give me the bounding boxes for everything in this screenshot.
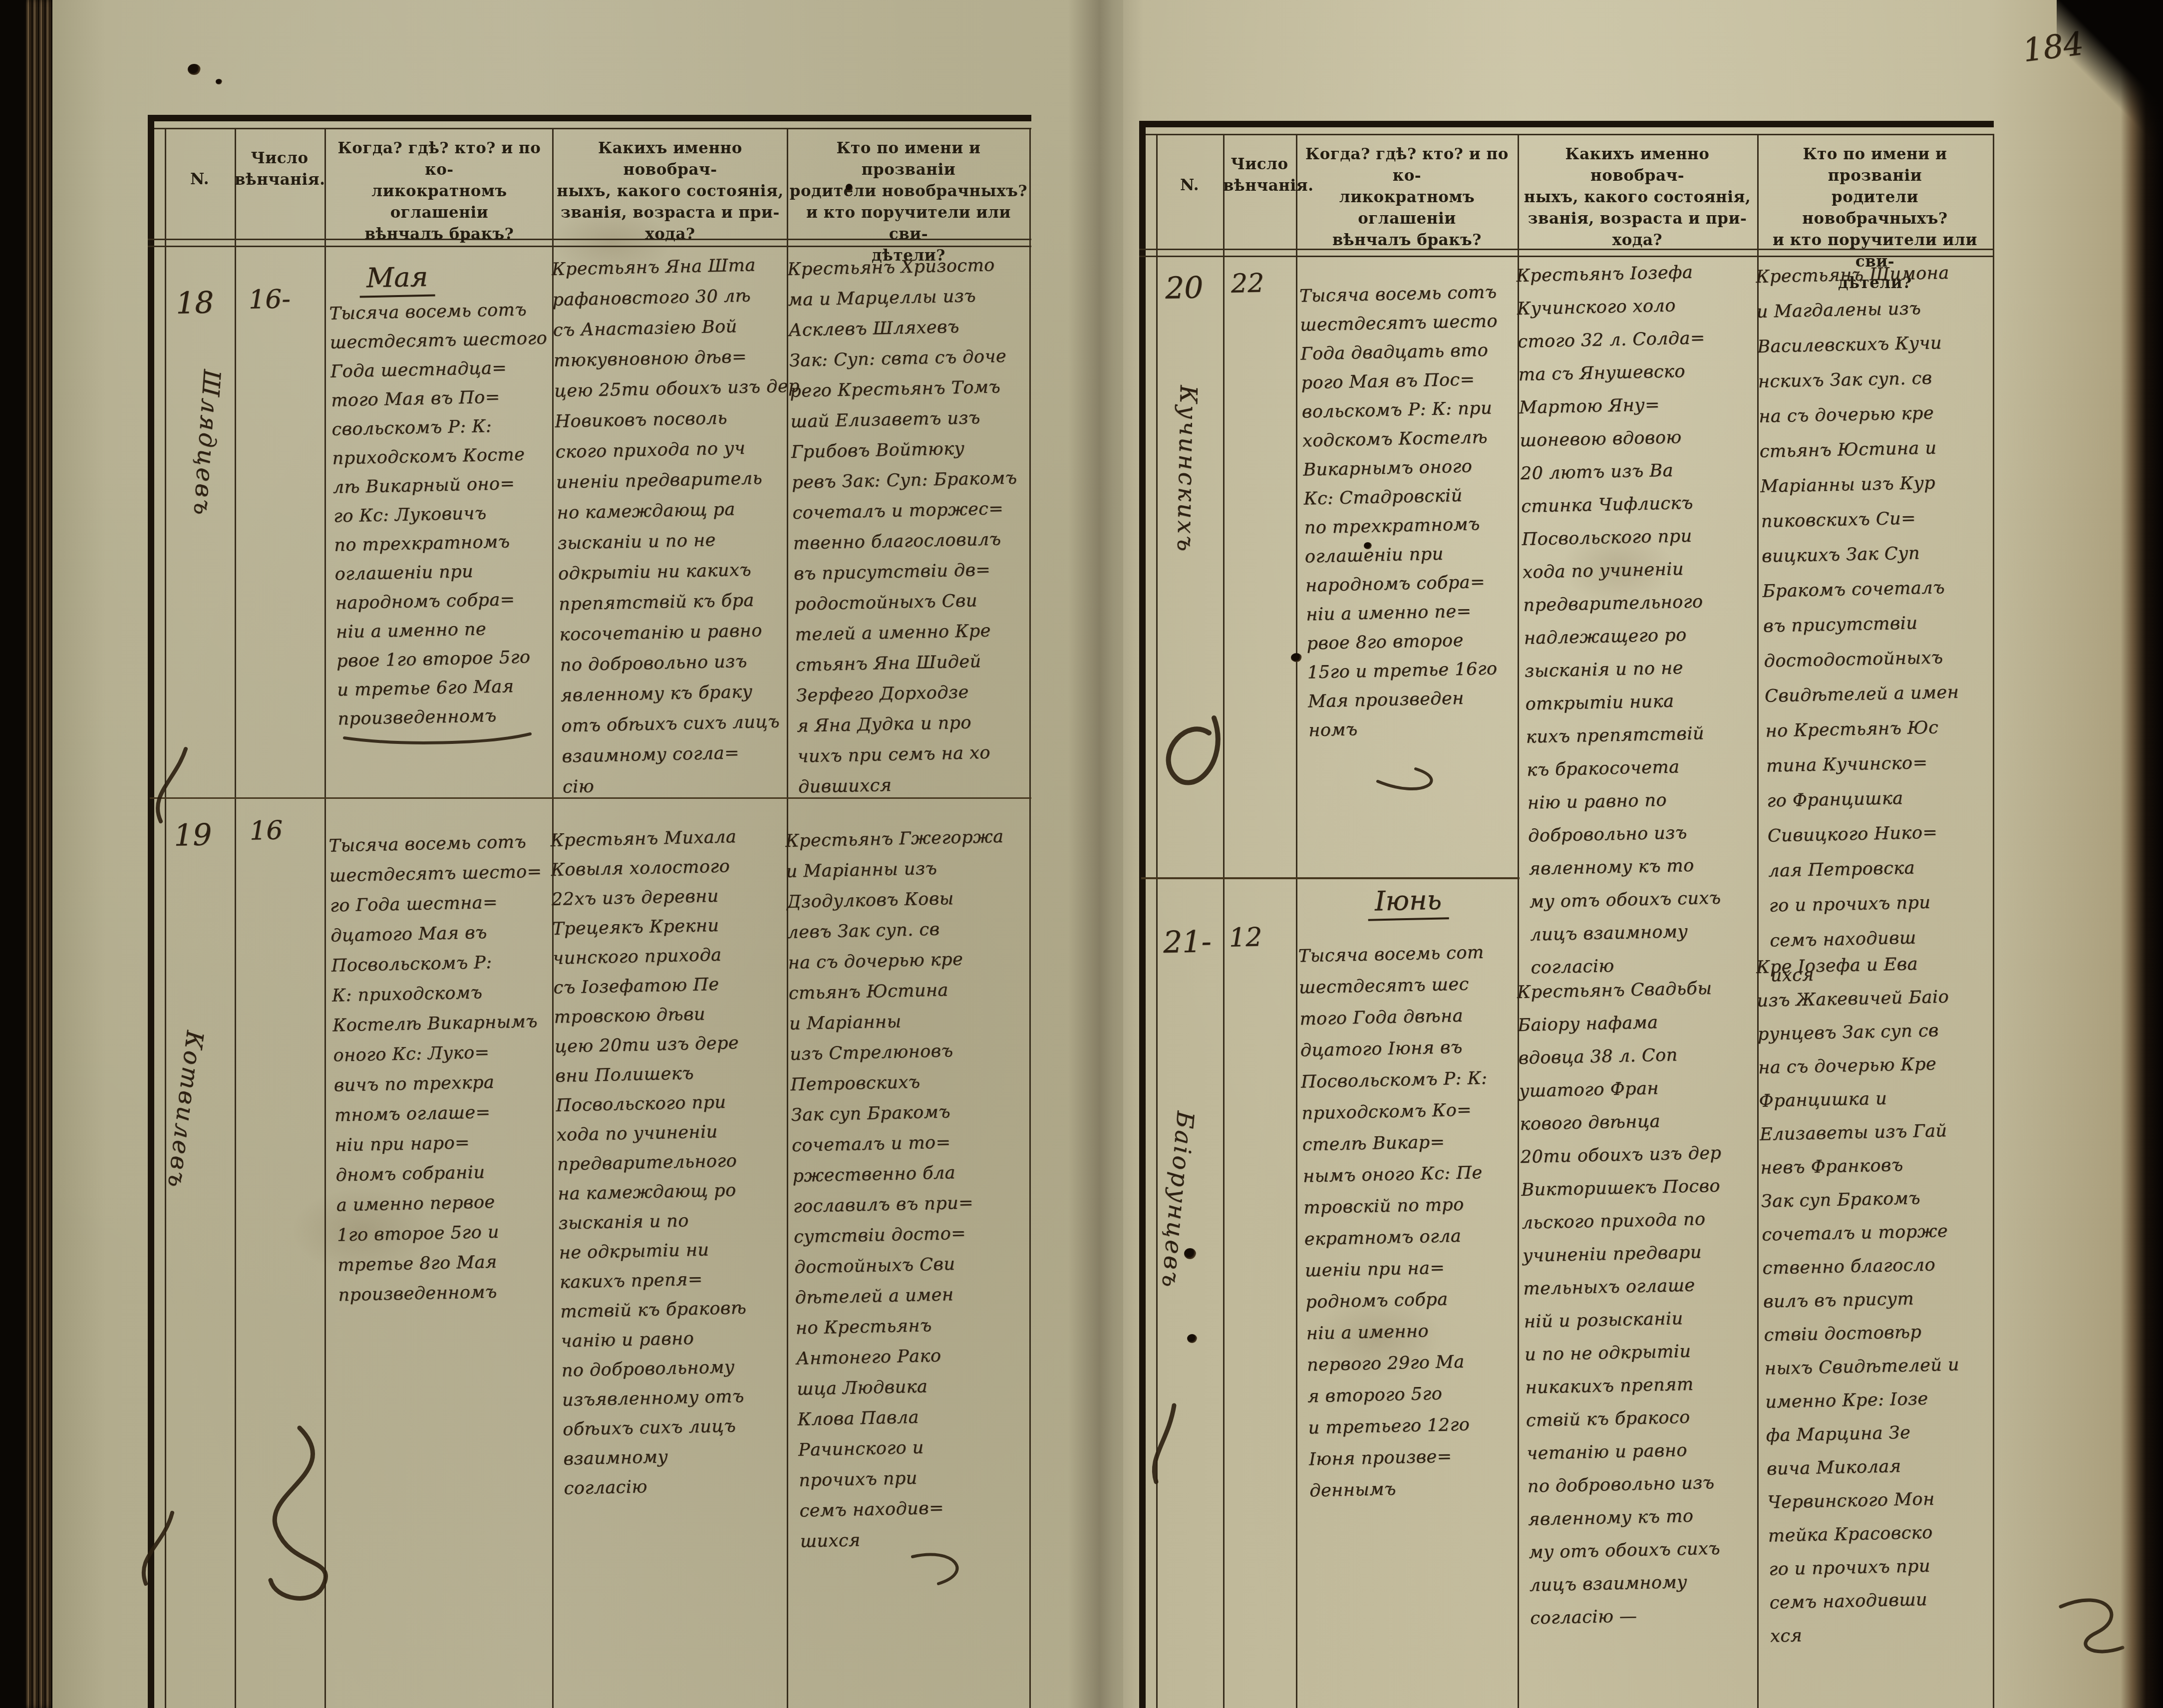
ink-spot: [1291, 653, 1302, 662]
text-line: съ Іозефатою Пе: [553, 969, 782, 1003]
text-line: изъ Жакевичей Баіо: [1757, 980, 1985, 1018]
text-line: дившихся: [798, 767, 1033, 803]
text-line: ніи при наро=: [335, 1126, 555, 1160]
text-line: шихся: [800, 1522, 1035, 1557]
text-line: стьянъ Яна Шидей: [795, 646, 1030, 681]
text-line: Баіору нафама: [1518, 1004, 1749, 1042]
text-line: именно Кре: Іозе: [1765, 1381, 1993, 1419]
text-line: Василевскихъ Кучи: [1757, 325, 1985, 364]
month-heading: Мая: [359, 261, 435, 298]
text-line: сію: [562, 767, 791, 803]
text-line: Маріанны изъ Кур: [1760, 464, 1988, 504]
text-line: шестдесятъ шесто: [1300, 307, 1515, 340]
text-line: левъ Зак суп. св: [787, 913, 1022, 948]
text-line: надлежащего ро: [1524, 617, 1755, 655]
text-line: учиненіи предвари: [1522, 1235, 1753, 1273]
text-line: вѣнчалъ бракъ?: [327, 224, 552, 245]
text-line: Крестьянъ Гжегоржа: [785, 821, 1020, 857]
text-line: хся: [1770, 1615, 1998, 1654]
wedding-day: 22: [1231, 268, 1264, 299]
text-line: вицкихъ Зак Суп: [1761, 534, 1989, 574]
text-line: Какихъ именно новобрач-: [1520, 144, 1755, 187]
text-line: шца Людвика: [797, 1369, 1032, 1405]
text-line: Рачинского и: [798, 1430, 1033, 1466]
text-line: народномъ собра=: [1305, 567, 1520, 600]
text-line: N.: [165, 169, 235, 190]
text-line: Викарнымъ оного: [1303, 451, 1518, 485]
text-line: сутствіи досто=: [793, 1217, 1028, 1253]
text-line: тномъ оглаше=: [334, 1096, 554, 1130]
text-line: иненіи предваритель: [556, 463, 785, 498]
text-line: сочеталъ и торжес=: [792, 493, 1027, 529]
text-line: явленному къ то: [1529, 848, 1760, 886]
text-line: Крестьянъ Іозефа: [1516, 255, 1747, 293]
text-line: изъявленному отъ: [562, 1381, 791, 1415]
column-header-when: Когда? гдѣ? кто? и по ко-ликократномъ ог…: [1298, 144, 1516, 251]
text-line: ствіи достовѣр: [1764, 1314, 1992, 1353]
text-line: вольскомъ Р: К: при: [1301, 393, 1517, 427]
text-line: Посвольскомъ Р:: [331, 946, 551, 981]
text-line: шай Елизаветъ изъ: [790, 402, 1025, 437]
text-line: и третье 6го Мая: [337, 671, 557, 704]
text-line: Тысяча восемь сот: [1298, 937, 1513, 973]
text-line: косочетанію и равно: [559, 615, 788, 651]
text-line: Трецеякъ Крекни: [552, 910, 781, 944]
text-line: вѣнчалъ бракъ?: [1298, 230, 1516, 251]
wedding-day: 12: [1229, 922, 1262, 953]
ink-spot: [1364, 542, 1372, 549]
text-line: Зерфего Дорходзе: [796, 676, 1031, 711]
text-line: твенно благословилъ: [793, 524, 1028, 559]
text-line: нскихъ Зак суп. св: [1758, 359, 1986, 399]
text-line: но Крестьянъ Юс: [1765, 709, 1993, 749]
text-line: съ Анастазіею Вой: [553, 311, 782, 346]
text-line: родостойныхъ Сви: [794, 585, 1029, 620]
text-line: дцатого Мая въ: [330, 916, 551, 951]
text-line: вича Миколая: [1766, 1448, 1994, 1486]
text-line: прочихъ при: [799, 1461, 1034, 1496]
text-line: чинского прихода: [553, 939, 782, 974]
text-line: на съ дочерью кре: [788, 943, 1023, 979]
ink-spot: [846, 184, 853, 192]
text-line: нію и равно по: [1527, 782, 1758, 820]
text-line: и Магдалены изъ: [1756, 290, 1984, 330]
margin-surname: Кучинскихъ: [1172, 385, 1202, 554]
wedding-day: 16: [249, 815, 283, 846]
text-line: ушатого Фран: [1519, 1070, 1750, 1108]
text-line: и третьего 12го: [1308, 1408, 1523, 1444]
text-line: чихъ при семъ на хо: [797, 737, 1032, 772]
column-header-who: Какихъ именно новобрач-ныхъ, какого сост…: [554, 138, 786, 245]
text-line: гославилъ въ при=: [793, 1187, 1028, 1222]
text-line: кихъ препятствій: [1526, 716, 1757, 754]
text-line: Тысяча восемь сотъ: [1299, 278, 1514, 311]
text-line: кового двѣнца: [1520, 1103, 1751, 1141]
text-line: оглашеніи при: [1304, 538, 1520, 571]
text-line: произведенномъ: [338, 1276, 558, 1310]
text-line: а именно первое: [336, 1186, 556, 1220]
text-line: на съ дочерью Кре: [1758, 1046, 1986, 1085]
when-cell: Тысяча восемь сотъшестдесятъ шестоГода д…: [1299, 278, 1523, 745]
text-line: званія, возраста и при-: [1520, 208, 1755, 230]
text-line: деннымъ: [1309, 1471, 1525, 1507]
witnesses-cell: Крестьянъ Гжегоржаи Маріанны изъДзодулко…: [785, 821, 1035, 1557]
text-line: ходскомъ Костелѣ: [1302, 422, 1517, 456]
text-line: Тысяча восемь сотъ: [329, 295, 549, 328]
text-line: званія, возраста и при-: [554, 202, 786, 224]
text-line: ніи а именно пе: [335, 613, 556, 647]
text-line: на съ дочерью кре: [1759, 394, 1987, 434]
text-line: тельныхъ оглаше: [1523, 1268, 1754, 1306]
who-cell: Крестьянъ СвадьбыБаіору нафамавдовца 38 …: [1517, 971, 1761, 1635]
text-line: Крестьянъ Михала: [550, 821, 779, 856]
text-line: достодостойныхъ: [1764, 639, 1992, 679]
text-line: Крестьянъ Шимона: [1756, 255, 1984, 295]
text-line: ныхъ, какого состоянія,: [1520, 187, 1755, 208]
wedding-day: 16-: [248, 284, 291, 315]
text-line: я Яна Дудка и про: [797, 706, 1032, 742]
text-line: му отъ обоихъ сихъ: [1529, 1531, 1760, 1569]
text-line: чанію и равно: [561, 1322, 790, 1357]
text-line: но камеждающ ра: [557, 493, 786, 529]
text-line: К: приходскомъ: [331, 976, 552, 1011]
text-line: отъ обѣихъ сихъ лицъ: [561, 706, 790, 742]
text-line: Тысяча восемь сотъ: [328, 826, 549, 861]
text-line: родители новобрачныхъ?: [789, 181, 1028, 202]
text-line: тровскій по тро: [1303, 1188, 1519, 1224]
text-line: тствій къ браковѣ: [560, 1293, 789, 1327]
text-line: согласію: [564, 1469, 793, 1504]
text-line: Зак суп Бракомъ: [1761, 1180, 1989, 1219]
book-right-edge: [2121, 0, 2163, 1708]
text-line: дѣтелей а имен: [795, 1278, 1030, 1314]
text-line: рого Мая въ Пос=: [1301, 364, 1516, 398]
text-line: вичъ по трехкра: [333, 1066, 554, 1100]
text-line: по добровольному: [561, 1352, 790, 1386]
text-line: родномъ собра: [1305, 1282, 1521, 1318]
text-line: къ бракосочета: [1527, 749, 1758, 787]
month-heading: Іюнь: [1367, 884, 1449, 921]
text-line: Петровскихъ: [790, 1065, 1025, 1100]
text-line: тейка Красовско: [1768, 1515, 1996, 1553]
text-line: зысканіи и по не: [557, 524, 786, 559]
when-cell: Тысяча восемь сотъшестдесятъ шесто=го Го…: [328, 826, 558, 1310]
text-line: Новиковъ посволь: [555, 402, 784, 437]
witnesses-cell: Крестьянъ Шимонаи Магдалены изъВасилевск…: [1756, 255, 1999, 993]
text-line: третье 8го Мая: [337, 1246, 558, 1280]
text-line: го Францишка: [1767, 779, 1995, 819]
text-line: Кто по имени и прозваніи: [789, 138, 1028, 181]
text-line: ныхъ, какого состоянія,: [554, 181, 786, 202]
text-line: Зак суп Бракомъ: [791, 1095, 1026, 1131]
text-line: Мартою Яну=: [1519, 386, 1750, 424]
text-line: предварительного: [1523, 584, 1754, 622]
text-line: достойныхъ Сви: [794, 1248, 1029, 1283]
text-line: по добровольно изъ: [1527, 1465, 1758, 1503]
entry-number: 21-: [1163, 924, 1212, 960]
text-line: сочеталъ и торже: [1762, 1214, 1990, 1252]
text-line: Кре Іозефа и Ева: [1756, 946, 1984, 985]
when-cell: Тысяча восемь сотшестдесятъ шестого Года…: [1298, 937, 1525, 1507]
text-line: ликократномъ оглашеніи: [327, 181, 552, 224]
text-line: сочеталъ и то=: [791, 1126, 1026, 1161]
text-line: Года двадцать вто: [1300, 336, 1516, 369]
text-line: Крестьянъ Свадьбы: [1517, 971, 1748, 1009]
column-header-when: Когда? гдѣ? кто? и по ко-ликократномъ ог…: [327, 138, 552, 245]
text-line: на камеждающ ро: [558, 1175, 787, 1209]
text-line: и по не одкрытіи: [1524, 1334, 1755, 1371]
text-line: лицъ взаимному: [1529, 1564, 1760, 1602]
text-line: стинка Чифлискъ: [1521, 485, 1752, 523]
text-line: ревъ Зак: Суп: Бракомъ: [791, 463, 1026, 498]
text-line: шеніи при на=: [1304, 1251, 1520, 1287]
text-line: 20 лютъ изъ Ва: [1520, 452, 1751, 490]
text-line: я второго 5го: [1307, 1376, 1523, 1412]
text-line: рунцевъ Зак суп св: [1757, 1013, 1985, 1051]
text-line: семъ находивши: [1769, 1582, 1997, 1620]
text-line: того Мая въ По=: [331, 381, 551, 415]
text-line: Ковыля холостого: [551, 851, 780, 885]
text-line: Посвольского при: [1522, 518, 1753, 556]
text-line: невъ Франковъ: [1760, 1147, 1988, 1185]
ink-spot: [216, 79, 222, 84]
text-line: хода по учиненіи: [1522, 551, 1753, 589]
text-line: ствій къ бракосо: [1526, 1399, 1757, 1437]
text-line: свольскомъ Р: К:: [331, 410, 552, 444]
text-line: Кто по имени и прозваніи: [1759, 144, 1991, 187]
text-line: Число: [235, 148, 324, 169]
text-line: въ присутствіи дв=: [793, 554, 1028, 590]
text-line: вѣнчанія.: [235, 169, 324, 191]
text-line: Свидѣтелей а имен: [1764, 674, 1992, 714]
text-line: лѣ Викарный оно=: [332, 468, 553, 502]
text-line: тровскою дѣви: [554, 998, 783, 1032]
text-line: шестдесятъ шесто=: [329, 856, 549, 891]
text-line: ского прихода по уч: [555, 432, 784, 468]
text-line: шестдесятъ шес: [1298, 968, 1514, 1004]
text-line: предварительного: [557, 1145, 786, 1180]
text-line: того Года двѣна: [1299, 1000, 1515, 1035]
column-header-n: N.: [1156, 175, 1223, 196]
text-line: Кс: Стадровскій: [1303, 480, 1519, 514]
text-line: Мая произведен: [1307, 683, 1523, 716]
text-line: и Маріанны: [789, 1004, 1024, 1039]
text-line: ніи а именно: [1306, 1314, 1521, 1350]
text-line: тюкувновною дѣв=: [553, 341, 782, 376]
text-line: лицъ взаимному: [1530, 914, 1761, 952]
text-line: вилъ въ присут: [1763, 1281, 1991, 1319]
text-line: телей а именно Кре: [795, 615, 1030, 651]
text-line: цею 20ти изъ дере: [554, 1027, 783, 1062]
text-line: согласію —: [1530, 1597, 1761, 1635]
text-line: Посвольского при: [556, 1086, 785, 1121]
text-line: екратномъ огла: [1304, 1219, 1519, 1255]
entry-number: 19: [173, 817, 212, 853]
text-line: Іюня произве=: [1308, 1439, 1524, 1475]
text-line: лая Петровска: [1768, 849, 1996, 889]
text-line: Францишка и: [1759, 1080, 1987, 1118]
text-line: 22хъ изъ деревни: [551, 880, 780, 915]
text-line: Елизаветы изъ Гай: [1759, 1113, 1987, 1152]
when-cell: Тысяча восемь сотъшестдесятъ шестогоГода…: [329, 295, 558, 733]
text-line: вѣнчанія.: [1223, 175, 1296, 197]
text-line: рвое 8го второе: [1306, 625, 1522, 658]
text-line: какихъ препя=: [559, 1263, 788, 1298]
text-line: ликократномъ оглашеніи: [1298, 187, 1516, 230]
text-line: Сивицкого Нико=: [1767, 814, 1995, 854]
text-line: му отъ обоихъ сихъ: [1529, 881, 1760, 919]
text-line: фа Марцина Зе: [1766, 1414, 1994, 1453]
entry-number: 20: [1165, 270, 1204, 306]
text-line: Года шестнадца=: [330, 352, 550, 386]
text-line: четанію и равно: [1527, 1432, 1758, 1470]
text-line: тина Кучинско=: [1766, 744, 1994, 784]
witnesses-cell: Крестьянъ Хризостома и Марцеллы изъАскле…: [787, 250, 1033, 803]
text-line: та съ Янушевско: [1518, 353, 1749, 391]
text-line: ній и розысканіи: [1524, 1301, 1755, 1339]
text-line: 15го и третье 16го: [1307, 654, 1522, 687]
text-line: по добровольно изъ: [560, 646, 789, 681]
who-cell: Крестьянъ МихалаКовыля холостого22хъ изъ…: [550, 821, 793, 1503]
text-line: по трехкратномъ: [334, 526, 554, 560]
text-line: Кучинского холо: [1517, 288, 1748, 326]
text-line: го Кс: Луковичъ: [333, 497, 553, 531]
text-line: ржественно бла: [792, 1156, 1027, 1192]
text-line: стьянъ Юстина и: [1759, 429, 1987, 469]
text-line: явленному къ браку: [560, 676, 789, 711]
text-line: Число: [1223, 154, 1296, 175]
column-header-witnesses: Кто по имени и прозваніиродители новобра…: [789, 138, 1028, 267]
text-line: номъ: [1308, 711, 1524, 745]
text-line: пиковскихъ Си=: [1761, 499, 1989, 539]
text-line: рафановстого 30 лѣ: [552, 280, 781, 316]
text-line: взаимному согла=: [562, 737, 791, 772]
who-cell: Крестьянъ ІозефаКучинского холостого 32 …: [1516, 255, 1762, 984]
text-line: приходскомъ Ко=: [1301, 1094, 1517, 1130]
text-line: вни Полишекъ: [555, 1057, 784, 1091]
text-line: народномъ собра=: [335, 584, 555, 618]
text-line: шестдесятъ шестого: [329, 324, 550, 357]
text-line: стого 32 л. Солда=: [1518, 321, 1749, 358]
text-line: препятствій къ бра: [559, 585, 788, 620]
text-line: не одкрытіи ни: [559, 1234, 788, 1268]
text-line: приходскомъ Косте: [332, 439, 552, 473]
wormhole: [1184, 1248, 1196, 1259]
text-line: зысканія и по: [558, 1204, 787, 1239]
text-line: добровольно изъ: [1528, 815, 1759, 853]
text-line: Когда? гдѣ? кто? и по ко-: [1298, 144, 1516, 187]
column-header-n: N.: [165, 169, 235, 190]
text-line: нымъ оного Кс: Пе: [1302, 1157, 1518, 1193]
text-line: но Крестьянъ: [795, 1309, 1030, 1344]
text-line: одкрытіи ни какихъ: [558, 554, 787, 590]
text-line: ныхъ Свидѣтелей и: [1764, 1348, 1992, 1386]
text-line: ственно благосло: [1762, 1247, 1990, 1286]
text-line: Крестьянъ Яна Шта: [552, 250, 781, 285]
text-line: ма и Марцеллы изъ: [788, 280, 1023, 316]
text-line: въ присутствіи: [1763, 604, 1991, 644]
text-line: родители новобрачныхъ?: [1759, 187, 1991, 230]
text-line: рвое 1го второе 5го: [336, 642, 557, 676]
text-line: Червинского Мон: [1767, 1481, 1995, 1520]
text-line: ніи а именно пе=: [1306, 596, 1521, 629]
text-line: вдовца 38 л. Соп: [1518, 1037, 1749, 1075]
text-line: никакихъ препят: [1525, 1366, 1756, 1404]
page-corner-shadow: [2057, 0, 2163, 165]
text-line: Клова Павла: [797, 1400, 1032, 1435]
text-line: открытіи ника: [1525, 683, 1756, 721]
text-line: стьянъ Юстина: [788, 974, 1023, 1009]
text-line: Посвольскомъ Р: К:: [1300, 1062, 1516, 1098]
text-line: шоневою вдовою: [1520, 419, 1751, 457]
text-line: и кто поручители или сви-: [789, 202, 1028, 245]
text-line: 20ти обоихъ изъ дер: [1520, 1136, 1751, 1174]
witnesses-cell: Кре Іозефа и Еваизъ Жакевичей Баіорунцев…: [1756, 946, 1998, 1653]
text-line: зысканія и по не: [1524, 650, 1755, 688]
text-line: семъ находив=: [799, 1491, 1034, 1527]
text-line: го и прочихъ при: [1769, 1548, 1997, 1587]
text-line: дномъ собраніи: [335, 1156, 556, 1190]
text-line: дцатого Іюня въ: [1300, 1031, 1515, 1067]
text-line: го и прочихъ при: [1769, 884, 1997, 924]
text-line: 1го второе 5го и: [336, 1216, 557, 1250]
text-line: Какихъ именно новобрач-: [554, 138, 786, 181]
text-line: го Года шестна=: [330, 886, 550, 921]
text-line: оного Кс: Луко=: [333, 1036, 553, 1070]
text-line: явленному къ то: [1528, 1498, 1759, 1536]
text-line: Зак: Суп: свта съ доче: [789, 341, 1024, 376]
text-line: Антонего Рако: [796, 1339, 1031, 1374]
text-line: Когда? гдѣ? кто? и по ко-: [327, 138, 552, 181]
text-line: по трехкратномъ: [1304, 509, 1519, 542]
text-line: изъ Стрелюновъ: [790, 1034, 1025, 1070]
text-line: Крестьянъ Хризосто: [787, 250, 1022, 285]
column-header-date: Числовѣнчанія.: [235, 148, 324, 191]
scanned-register-book: N. Числовѣнчанія. Когда? гдѣ? кто? и по …: [0, 0, 2163, 1708]
text-line: Асклевъ Шляхевъ: [788, 311, 1023, 346]
text-line: хода?: [1520, 230, 1755, 251]
ink-spot: [188, 64, 201, 75]
text-line: оглашеніи при: [334, 555, 555, 589]
text-line: Грибовъ Войтюку: [791, 432, 1026, 468]
column-header-date: Числовѣнчанія.: [1223, 154, 1296, 197]
text-line: цею 25ти обоихъ изъ дер: [554, 371, 783, 407]
text-line: произведенномъ: [337, 700, 558, 733]
text-line: стелѣ Викар=: [1302, 1125, 1517, 1161]
wormhole: [1187, 1334, 1197, 1343]
text-line: Викторишекъ Посво: [1521, 1169, 1752, 1207]
text-line: льского прихода по: [1522, 1202, 1753, 1240]
text-line: рего Крестьянъ Томъ: [790, 371, 1025, 407]
text-line: Дзодулковъ Ковы: [786, 882, 1021, 918]
book-gutter-shadow: [1068, 0, 1143, 1708]
text-line: Костелѣ Викарнымъ: [332, 1006, 553, 1040]
who-cell: Крестьянъ Яна Штарафановстого 30 лѣсъ Ан…: [552, 250, 792, 802]
text-line: хода по учиненіи: [556, 1116, 785, 1150]
text-line: и Маріанны изъ: [786, 852, 1021, 887]
text-line: N.: [1156, 175, 1223, 196]
entry-number: 18: [175, 285, 214, 321]
column-header-who: Какихъ именно новобрач-ныхъ, какого сост…: [1520, 144, 1755, 251]
text-line: Бракомъ сочеталъ: [1762, 569, 1990, 609]
text-line: взаимному: [563, 1440, 792, 1474]
text-line: первого 29го Ма: [1306, 1345, 1522, 1381]
text-line: обѣихъ сихъ лицъ: [563, 1410, 792, 1445]
text-line: хода?: [554, 224, 786, 245]
